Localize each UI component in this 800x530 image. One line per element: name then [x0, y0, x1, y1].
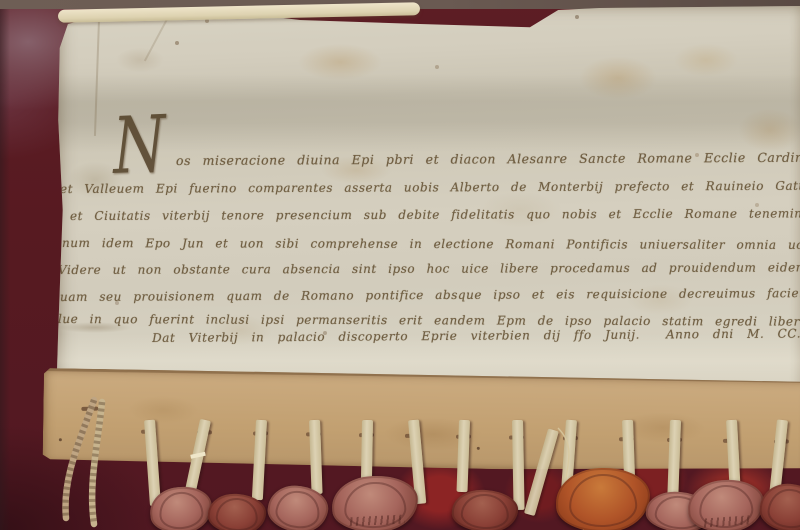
script-line: num idem Epo Jun et uon sibi comprehense… — [62, 237, 800, 251]
hanging-cord — [38, 392, 130, 530]
script-line: Videre ut non obstante cura absencia sin… — [58, 261, 800, 276]
script-line: os miseracione diuina Epi pbri et diacon… — [176, 151, 800, 168]
parchment-shading-band — [56, 74, 800, 152]
museum-photo: N os miseracione diuina Epi pbri et diac… — [0, 0, 800, 530]
wax-seal — [331, 474, 420, 530]
script-line: lue in quo fuerint inclusi ipsi permanse… — [58, 313, 800, 328]
wax-seal — [451, 488, 519, 530]
script-line: uam seu prouisionem quam de Romano ponti… — [60, 286, 800, 303]
illuminated-initial: N — [112, 106, 167, 186]
parchment-tag — [456, 420, 470, 492]
parchment-tag — [361, 420, 373, 482]
wax-seal — [758, 481, 800, 530]
parchment-tag — [512, 420, 525, 510]
pinhole — [477, 447, 480, 450]
wax-seal — [686, 477, 765, 530]
parchment-crease — [144, 15, 170, 62]
script-line: et Ciuitatis viterbij tenore presencium … — [70, 207, 800, 222]
script-line: et Valleuem Epi fuerino comparentes asse… — [60, 179, 800, 195]
parchment-charter: N os miseracione diuina Epi pbri et diac… — [56, 4, 800, 404]
